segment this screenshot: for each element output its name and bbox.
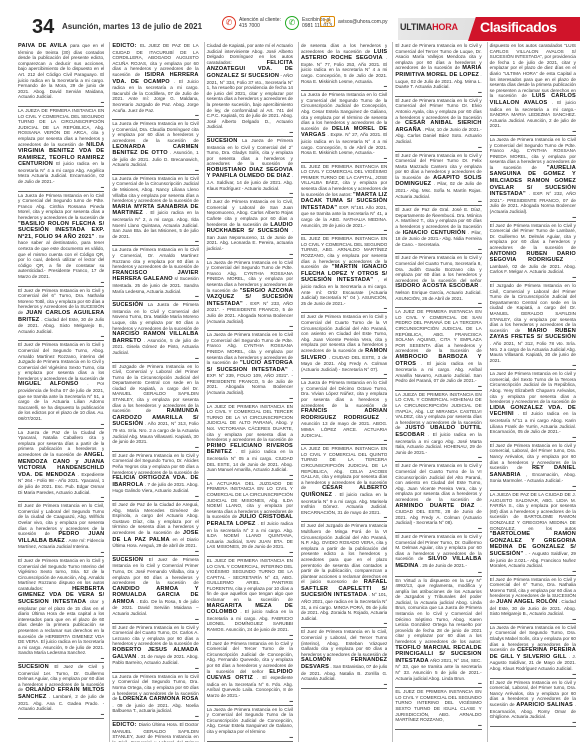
notice-body: EL JUEZ DE PRIMERA INSTANCIA EN LO CIVIL… <box>207 558 293 602</box>
legal-notice: El Juzgado de Primera Instancia en lo Ci… <box>490 282 576 370</box>
contact-value: 415 7000 <box>239 23 260 29</box>
notice-code: ▬ <box>18 280 104 284</box>
notice-lead: EDICTO: <box>112 722 138 728</box>
notice-name: ISIDORO ACOSTA ESCOBAR <box>395 283 478 289</box>
notice-code: ▬ <box>301 228 387 232</box>
legal-notice: LA JUEZ DE PRIMERA INSTANCIA EN LO CIVIL… <box>395 308 481 391</box>
notice-body: El Juez de Primera Instancia en lo Civil… <box>301 629 387 656</box>
legal-notice: La Jueza de Primera Instancia en lo Civi… <box>490 624 576 679</box>
notice-code: ▬ <box>112 549 198 553</box>
notice-code: ▬ <box>395 90 481 94</box>
brand-logo: ULTIMAHORA <box>400 22 458 32</box>
column-3: Ciudad de Kapiatá, por ante mí el Actuar… <box>204 42 293 742</box>
legal-notice: LA JUEZA DE PRIMERA INSTANCIA EN LO CIVI… <box>18 107 104 192</box>
notice-body: El Juez del Juzgado de Primera Instancia… <box>301 523 387 584</box>
column-1: PAIVA DE AVILA para que en el término de… <box>16 42 104 742</box>
notice-code: ▬ <box>301 84 387 88</box>
notice-code: ▬ <box>395 247 481 251</box>
legal-notice: EL JUEZ DE PRIMERA INSTANCIA EN LO CIVIL… <box>301 235 387 313</box>
notice-tail: . Por providencia de fecha 07 de julio d… <box>18 381 104 421</box>
notice-code: ▬ <box>301 306 387 310</box>
legal-notice: El Juez de Primera Instancia en lo Civil… <box>301 628 387 688</box>
notice-body: LA JUEZ DE PRIMERA INSTANCIA EN LO CIVIL… <box>301 446 387 490</box>
notice-code: ▬ <box>112 494 198 498</box>
notice-code: ▬ <box>18 712 104 716</box>
legal-notice: El Juez de Primera Instancia en lo Civil… <box>490 222 576 282</box>
notice-code: ▬ <box>395 681 481 685</box>
notice-body: dispuesto en los autos caratulados "LUIS… <box>490 43 576 98</box>
notice-code: ▬ <box>301 621 387 625</box>
notice-code: ▬ <box>490 720 576 724</box>
notice-code: ▬ <box>18 422 104 426</box>
notice-body: El Juez de Primera Instancia en lo Civil… <box>490 223 576 250</box>
notice-name: FRANCIS ADRIAN RODRIGUEZ RODRIGUEZ <box>301 408 387 421</box>
notice-body: LA JUEZA DE PAZ DE LA CIUDAD DE J. AUGUS… <box>490 492 576 531</box>
column-5: El Juez de Primera Instancia en lo Civil… <box>392 42 481 742</box>
legal-notice: El Juez del Juzgado de Primera Instancia… <box>301 522 387 628</box>
legal-notice: El Juez de Primera Instancia en lo Civil… <box>490 576 576 624</box>
notice-tail: . Se hace saber al destinatario, para te… <box>18 234 104 279</box>
notice-code: ▬ <box>207 699 293 703</box>
notice-code: ▬ <box>301 438 387 442</box>
legal-notice: El Juez de Primera Instancia en lo Civil… <box>18 557 104 663</box>
notice-code: ▬ <box>207 550 293 554</box>
notice-tail: - AÑO 2021, N° 334, Folio 37 vto., Secre… <box>207 73 293 129</box>
notice-body: La Jueza de Primera Instancia en lo Civi… <box>207 707 293 734</box>
legal-notice: SUCESION El Juez de Primera Instancia en… <box>112 556 198 624</box>
notice-code: ▬ <box>490 363 576 367</box>
notice-tail: . Año 2021, N° 312, Folio 78 vto. Sría. … <box>490 341 576 363</box>
notice-body: El Juez de Primera Instancia en lo Civil… <box>112 625 198 647</box>
notice-code: ▬ <box>112 356 198 360</box>
legal-notice: La Jueza de Paz de la Ciudad de Ypacaraí… <box>18 429 104 503</box>
notice-lead: PAIVA DE AVILA <box>18 43 70 49</box>
notice-code: ▬ <box>18 550 104 554</box>
legal-notice: En Virtud a lo dispuesto en la Ley N° 49… <box>395 577 481 689</box>
notice-code: ▬ <box>490 215 576 219</box>
legal-notice: El Juez de Paz de la Ciudad de Areguá, A… <box>112 501 198 556</box>
notice-code: ▬ <box>112 168 198 172</box>
notice-name: APARICIO SALINAS <box>516 702 573 708</box>
notice-body: El Juez de Primera Instancia en lo Civil… <box>18 342 104 381</box>
legal-notice: El Juez de Primera Instancia en lo Civil… <box>112 624 198 673</box>
notice-name: ROBUSTIANO DIAZ SEGOVIA Y PANFILA OLMEDO… <box>207 167 293 180</box>
notice-lead: SUCESIÓN <box>112 302 147 308</box>
notice-name: LORENZA CARMONA ROSA <box>119 696 199 702</box>
legal-notice: EL JUEZ DE PRIMERA INSTANCIA EN LO CIVIL… <box>207 557 293 640</box>
legal-notice: El Juez de Primera Instancia en lo Civil… <box>395 533 481 577</box>
notice-body: El Juzgado de Primera Instancia en lo Ci… <box>112 364 198 414</box>
notice-body: EL JUEZ DE PRIMERA INSTANCIA EN LO CIVIL… <box>395 689 481 722</box>
notice-name: "BASILIO ROLON FLECHA S/ SUCESIÓN INESTA… <box>18 221 104 240</box>
legal-notice: La Jueza de Primera Instancia en lo Civi… <box>18 192 104 287</box>
notice-tail: . 25 de Junio de 2021.- <box>419 563 467 568</box>
column-4: de sesenta días a los herederos y acreed… <box>298 42 387 742</box>
legal-notice: dispuesto en los autos caratulados "LUIS… <box>490 42 576 136</box>
legal-notice: El Juez de Primera Instancia en lo Civil… <box>18 341 104 428</box>
legal-notice: El Juez de Primera Instancia en lo Civil… <box>395 97 481 152</box>
legal-notice: El Juez de Paz de Gral. José E. Díaz, De… <box>395 206 481 254</box>
notice-code: ▬ <box>18 334 104 338</box>
notice-code: ▬ <box>207 130 293 134</box>
notice-code: ▬ <box>395 455 481 459</box>
classifieds-columns: PAIVA DE AVILA para que en el término de… <box>16 42 576 742</box>
legal-notice: La Juez de Primera Instancia en lo civil… <box>490 370 576 442</box>
notice-code: ▬ <box>395 301 481 305</box>
notice-lead: EDICTO: <box>112 43 140 49</box>
legal-notice: La Jueza de Primera Instancia en lo Civi… <box>112 120 198 175</box>
legal-notice: El Juez de Primera Instancia en lo civil… <box>490 442 576 491</box>
legal-notice: La Jueza de Primera Instancia en lo Civi… <box>207 259 293 332</box>
legal-notice: SUCESION La Jueza de Primera Instancia e… <box>207 137 293 198</box>
contact-value: avisos@uhora.com.py <box>338 19 388 25</box>
notice-code: ▬ <box>18 100 104 104</box>
legal-notice: El Juez de Primera Instancia en lo Civil… <box>395 152 481 207</box>
notice-name: IGNACIO CENTURIÓN <box>403 230 466 236</box>
notice-body: La Jueza de Primera Instancia en lo Civi… <box>112 247 198 269</box>
notice-code: ▬ <box>112 617 198 621</box>
legal-notice: de sesenta días a los herederos y acreed… <box>301 42 387 91</box>
legal-notice: LA JUEZA DE PAZ DE LA CIUDAD DE J. AUGUS… <box>490 491 576 576</box>
notice-code: ▬ <box>395 526 481 530</box>
notice-body: LA JUEZ DE PRIMERA INSTANCIA EN LO CIVIL… <box>207 404 293 443</box>
legal-notice: El Juez de Primera Instancia en lo Civil… <box>395 42 481 97</box>
legal-notice: El Juez de Primera Instancia en lo Civil… <box>207 198 293 258</box>
notice-code: ▬ <box>301 515 387 519</box>
notice-code: ▬ <box>490 617 576 621</box>
notice-lead: SUCESION <box>207 138 242 144</box>
legal-notice: El Juez de Primera Instancia en lo Civil… <box>207 640 293 706</box>
legal-notice: Ciudad de Kapiatá, por ante mí el Actuar… <box>207 42 293 137</box>
notice-code: ▬ <box>395 384 481 388</box>
notice-code: ▬ <box>207 735 293 739</box>
notice-code: ▬ <box>207 191 293 195</box>
notice-body: En Virtud a lo dispuesto en la Ley N° 49… <box>395 578 481 645</box>
legal-notice: La Jueza de Primera Instancia en lo Civi… <box>207 706 293 742</box>
notice-body: LA JUEZ DE PRIMERA INSTANCIA EN LO CIVIL… <box>395 309 481 353</box>
contact-email[interactable]: ✉ avisos@uhora.com.py <box>320 16 388 27</box>
notice-code: ▬ <box>490 129 576 133</box>
legal-notice: La Jueza de Primera Instancia en lo Civi… <box>112 246 198 301</box>
legal-notice: LA JUEZ DE PRIMERA INSTANCIA EN LO CIVIL… <box>207 403 293 480</box>
column-2: EDICTO: EL JUEZ DE PAZ DE LA CIUDAD DE I… <box>109 42 198 742</box>
legal-notice: EL JUEZ DE PRIMERA INSTANCIA EN LO CIVIL… <box>395 688 481 730</box>
notice-body: El Juez de Primera Instancia en lo Civil… <box>395 255 481 282</box>
legal-notice: EDICTO: EL JUEZ DE PAZ DE LA CIUDAD DE I… <box>112 42 198 120</box>
notice-body: para que en el término de treinta (30) d… <box>18 43 104 99</box>
notice-lead: SUCESION <box>18 664 54 670</box>
notice-code: ▬ <box>18 495 104 499</box>
page-number: 34 <box>32 16 54 39</box>
notice-code: ▬ <box>490 484 576 488</box>
notice-code: ▬ <box>490 672 576 676</box>
column-6: dispuesto en los autos caratulados "LUIS… <box>487 42 576 742</box>
notice-code: ▬ <box>301 372 387 376</box>
notice-name: MIGUEL ALFONSO <box>18 381 79 387</box>
legal-notice: La Jueza de Primera Instancia en lo Civi… <box>112 673 198 721</box>
notice-code: ▬ <box>112 239 198 243</box>
whatsapp-icon: ✆ <box>285 16 299 30</box>
notice-code: ▬ <box>112 666 198 670</box>
notice-code: ▬ <box>112 113 198 117</box>
legal-notice: La Jueza de Primera Instancia en lo Civi… <box>301 379 387 445</box>
notice-code: ▬ <box>112 445 198 449</box>
legal-notice: El Juez de Primera Instancia en lo Civil… <box>112 452 198 501</box>
notice-code: ▬ <box>395 570 481 574</box>
notice-code: ▬ <box>301 682 387 686</box>
notice-name: JUAN ANGEL ROLÓN <box>496 599 557 605</box>
legal-notice: El Juez de Primera Instancia en lo Civil… <box>395 254 481 308</box>
notice-code: ▬ <box>207 324 293 328</box>
legal-notice: SUCESION El Juez de Civil y Comercial 1e… <box>18 663 104 719</box>
legal-notice: LA JUEZA DE PRIMERA INSTANCIA EN LO CIVI… <box>395 391 481 463</box>
notice-body: La Juez de Primera Instancia en lo civil… <box>490 371 576 404</box>
notice-code: ▬ <box>18 656 104 660</box>
dateline: Asunción, martes 13 de julio de 2021 <box>62 22 202 31</box>
legal-notice: LA JUEZ DE PRIMERA INSTANCIA EN LO CIVIL… <box>301 445 387 522</box>
legal-notice: El Juez de Primera Instancia en lo Civil… <box>395 462 481 533</box>
notice-tail: . 09 de junio de 2021. Abg. Noelia Balbu… <box>112 703 198 714</box>
legal-notice: SUCESIÓN La Jueza de Primera Instancia e… <box>112 301 198 362</box>
notice-body: La Jueza de Primera Instancia en lo Civi… <box>112 121 198 143</box>
legal-notice: EL JUEZ DE PRIMERA INSTANCIA EN LO CIVIL… <box>301 163 387 236</box>
notice-code: ▬ <box>395 723 481 727</box>
legal-notice: EDICTO: Diario Última Hora. El Doctor MA… <box>112 721 198 742</box>
notice-tail: citar y emplazar por el plazo de 15 días… <box>18 599 104 655</box>
notice-code: ▬ <box>490 275 576 279</box>
contact-phone[interactable]: ✆ Atención al cliente:415 7000 <box>222 16 281 30</box>
notice-code: ▬ <box>395 145 481 149</box>
legal-notice: El Juez de Primera Instancia en lo Civil… <box>301 313 387 379</box>
notice-code: ▬ <box>490 569 576 573</box>
section-title: Clasificados <box>480 19 556 35</box>
legal-notice: La Jueza de Primera Instancia en lo Civi… <box>112 175 198 247</box>
mail-icon: ✉ <box>320 16 335 27</box>
notice-code: ▬ <box>207 473 293 477</box>
notice-body: El Juzgado de Primera Instancia en lo Ci… <box>490 283 576 333</box>
notice-code: ▬ <box>207 633 293 637</box>
notice-name: ARMINDO DUARTE DIAZ <box>395 503 474 509</box>
legal-notice: La Jueza de Primera Instancia en lo Civi… <box>301 91 387 163</box>
notice-body: La Jueza de Primera Instancia en lo Civi… <box>112 176 198 203</box>
notice-body: La Jueza de Primera Instancia en lo Civi… <box>18 193 104 220</box>
notice-body: La Jueza de Primera Instancia en lo Civi… <box>301 380 387 407</box>
notice-code: ▬ <box>207 396 293 400</box>
legal-notice: La Jueza de Primera Instancia en lo Civi… <box>490 136 576 222</box>
legal-notice: LA ACTUARIA DEL JUZGADO DE PRIMERA INSTA… <box>207 480 293 557</box>
phone-icon: ✆ <box>222 16 236 30</box>
notice-code: ▬ <box>112 294 198 298</box>
legal-notice: El Juez de Primera Instancia en lo civil… <box>490 679 576 727</box>
legal-notice: La Jueza de Primera Instancia en lo Civi… <box>207 331 293 403</box>
legal-notice: El Juez de Primera Instancia en lo Civil… <box>18 287 104 342</box>
notice-body: El Juez de Primera Instancia en lo Civil… <box>112 453 198 475</box>
legal-notice: PAIVA DE AVILA para que en el término de… <box>18 42 104 107</box>
notice-code: ▬ <box>18 185 104 189</box>
notice-lead: SUCESION <box>112 557 148 563</box>
notice-body: El Juez de Primera Instancia en lo Civil… <box>395 463 481 502</box>
legal-notice: El Juez de Primera Instancia en lo Civil… <box>18 502 104 557</box>
legal-notice: El Juzgado de Primera Instancia en lo Ci… <box>112 363 198 452</box>
notice-code: ▬ <box>207 252 293 256</box>
notice-code: ▬ <box>395 199 481 203</box>
page-header: 34 Asunción, martes 13 de julio de 2021 … <box>0 0 580 40</box>
notice-code: ▬ <box>112 714 198 718</box>
notice-code: ▬ <box>301 156 387 160</box>
notice-code: ▬ <box>490 435 576 439</box>
